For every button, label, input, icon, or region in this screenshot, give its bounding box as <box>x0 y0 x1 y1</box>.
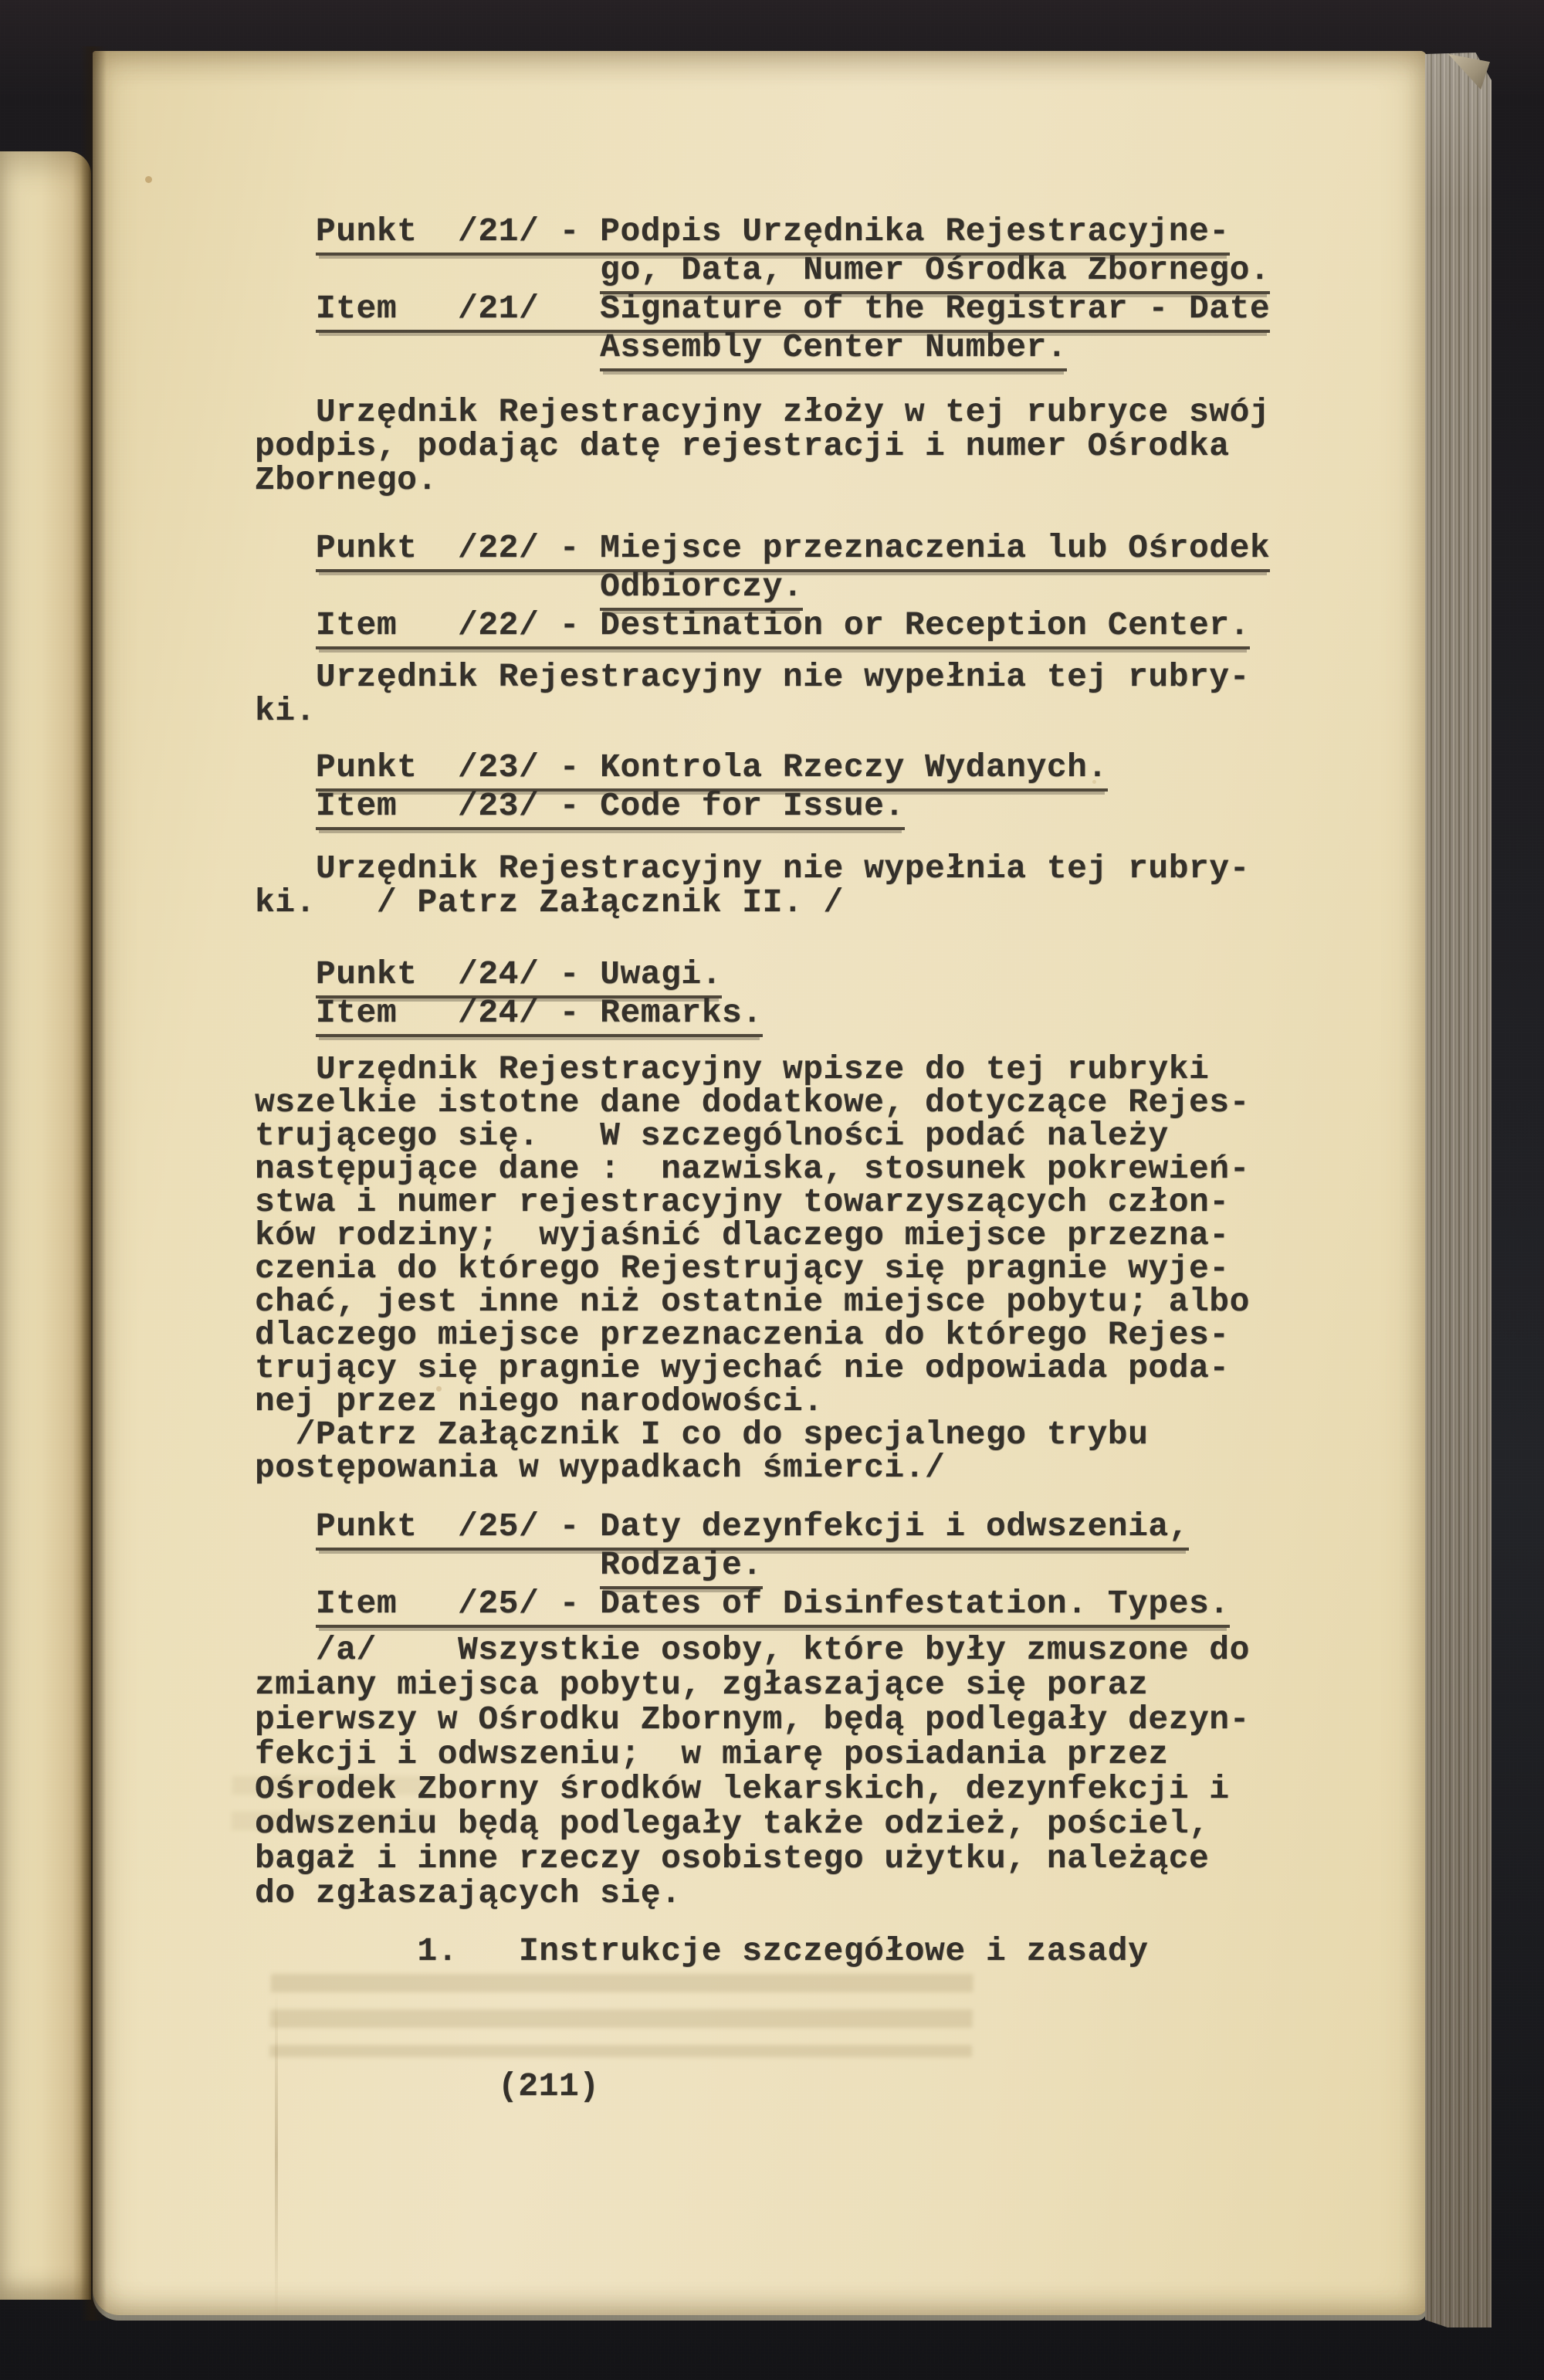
gutter-shadow <box>80 46 107 2321</box>
body-line: zmiany miejsca pobytu, zgłaszające się p… <box>255 1668 1148 1701</box>
paper-speck <box>145 176 152 183</box>
page-crease <box>275 1992 278 2317</box>
heading-text: go, Data, Numer Ośrodka Zbornego. <box>600 251 1270 294</box>
body-line: podpis, podając datę rejestracji i numer… <box>255 429 1230 463</box>
body-line: fekcji i odwszeniu; w miarę posiadania p… <box>255 1738 1169 1771</box>
heading-line-23-2: Item /23/ - Code for Issue. <box>255 789 905 822</box>
heading-text: Item /24/ - Remarks. <box>316 994 763 1037</box>
heading-pad <box>255 748 316 786</box>
paper-speck <box>1158 1653 1163 1657</box>
heading-line-22-3: Item /22/ - Destination or Reception Cen… <box>255 609 1250 642</box>
heading-line-21-1: Punkt /21/ - Podpis Urzędnika Rejestracy… <box>255 215 1230 248</box>
body-line: Urzędnik Rejestracyjny nie wypełnia tej … <box>255 660 1250 693</box>
body-line: następujące dane : nazwiska, stosunek po… <box>255 1152 1250 1185</box>
heading-line-22-1: Punkt /22/ - Miejsce przeznaczenia lub O… <box>255 531 1270 564</box>
heading-pad <box>255 568 600 605</box>
fore-edge-page-stack <box>1425 53 1492 2327</box>
heading-text: Odbiorczy. <box>600 568 803 611</box>
heading-line-25-1: Punkt /25/ - Daty dezynfekcji i odwszeni… <box>255 1510 1189 1543</box>
heading-line-21-3: Item /21/ Signature of the Registrar - D… <box>255 292 1270 325</box>
heading-pad <box>255 955 316 993</box>
body-line: dlaczego miejsce przeznaczenia do któreg… <box>255 1318 1230 1351</box>
heading-text: Assembly Center Number. <box>600 328 1067 371</box>
heading-text: Punkt /23/ - Kontrola Rzeczy Wydanych. <box>316 748 1108 792</box>
heading-pad <box>255 212 316 250</box>
heading-pad <box>255 328 600 366</box>
body-line: trujący się pragnie wyjechać nie odpowia… <box>255 1351 1230 1385</box>
paper-speck <box>436 1386 442 1392</box>
body-line: stwa i numer rejestracyjny towarzyszącyc… <box>255 1185 1230 1219</box>
heading-text: Item /25/ - Dates of Disinfestation. Typ… <box>316 1585 1230 1628</box>
body-line: chać, jest inne niż ostatnie miejsce pob… <box>255 1285 1250 1318</box>
body-line: wszelkie istotne dane dodatkowe, dotyczą… <box>255 1086 1250 1119</box>
heading-pad <box>255 1546 600 1584</box>
heading-line-21-4: Assembly Center Number. <box>255 331 1067 364</box>
body-line: czenia do którego Rejestrujący się pragn… <box>255 1252 1230 1285</box>
body-line: nej przez niego narodowości. <box>255 1385 824 1418</box>
heading-text: Punkt /22/ - Miejsce przeznaczenia lub O… <box>316 529 1270 572</box>
bleed-through-text-ghost <box>269 1974 973 2057</box>
body-line: ków rodziny; wyjaśnić dlaczego miejsce p… <box>255 1219 1230 1252</box>
body-line: postępowania w wypadkach śmierci./ <box>255 1451 945 1484</box>
body-line: odwszeniu będą podlegały także odzież, p… <box>255 1807 1209 1840</box>
book-scan-stage: Punkt /21/ - Podpis Urzędnika Rejestracy… <box>0 0 1544 2380</box>
heading-pad <box>255 606 316 644</box>
previous-page-edge <box>0 151 91 2300</box>
heading-line-22-2: Odbiorczy. <box>255 570 803 603</box>
heading-text: Item /21/ Signature of the Registrar - D… <box>316 290 1270 333</box>
body-line: Urzędnik Rejestracyjny wpisze do tej rub… <box>255 1053 1209 1086</box>
heading-line-24-2: Item /24/ - Remarks. <box>255 996 763 1029</box>
heading-line-23-1: Punkt /23/ - Kontrola Rzeczy Wydanych. <box>255 751 1108 784</box>
heading-text: Item /23/ - Code for Issue. <box>316 787 905 830</box>
heading-text: Punkt /21/ - Podpis Urzędnika Rejestracy… <box>316 212 1230 256</box>
body-line: Ośrodek Zborny środków lekarskich, dezyn… <box>255 1772 1230 1805</box>
numbered-item-line: 1. Instrukcje szczegółowe i zasady <box>255 1934 1148 1968</box>
body-line: /Patrz Załącznik I co do specjalnego try… <box>255 1418 1148 1451</box>
heading-text: Punkt /25/ - Daty dezynfekcji i odwszeni… <box>316 1507 1189 1551</box>
heading-pad <box>255 1585 316 1622</box>
heading-text: Rodzaje. <box>600 1546 762 1589</box>
body-line: Urzędnik Rejestracyjny nie wypełnia tej … <box>255 852 1250 885</box>
heading-pad <box>255 994 316 1032</box>
body-line: pierwszy w Ośrodku Zbornym, będą podlega… <box>255 1703 1250 1736</box>
body-line: Urzędnik Rejestracyjny złoży w tej rubry… <box>255 395 1270 429</box>
body-line: bagaż i inne rzeczy osobistego użytku, n… <box>255 1842 1209 1875</box>
page-number: (211) <box>498 2070 600 2103</box>
heading-pad <box>255 529 316 567</box>
heading-text: Item /22/ - Destination or Reception Cen… <box>316 606 1250 649</box>
body-line: ki. / Patrz Załącznik II. / <box>255 886 844 919</box>
heading-line-25-3: Item /25/ - Dates of Disinfestation. Typ… <box>255 1587 1230 1620</box>
heading-line-21-2: go, Data, Numer Ośrodka Zbornego. <box>255 253 1270 286</box>
body-line: trującego się. W szczególności podać nal… <box>255 1119 1169 1152</box>
heading-pad <box>255 290 316 327</box>
heading-text: Punkt /24/ - Uwagi. <box>316 955 722 998</box>
heading-pad <box>255 1507 316 1545</box>
paper-speck <box>1092 780 1096 784</box>
body-line: Zbornego. <box>255 463 438 497</box>
body-line: do zgłaszających się. <box>255 1877 681 1910</box>
heading-pad <box>255 251 600 289</box>
heading-line-25-2: Rodzaje. <box>255 1548 763 1582</box>
heading-line-24-1: Punkt /24/ - Uwagi. <box>255 958 722 991</box>
body-line: ki. <box>255 694 316 727</box>
heading-pad <box>255 787 316 825</box>
body-line: /a/ Wszystkie osoby, które były zmuszone… <box>255 1633 1250 1666</box>
